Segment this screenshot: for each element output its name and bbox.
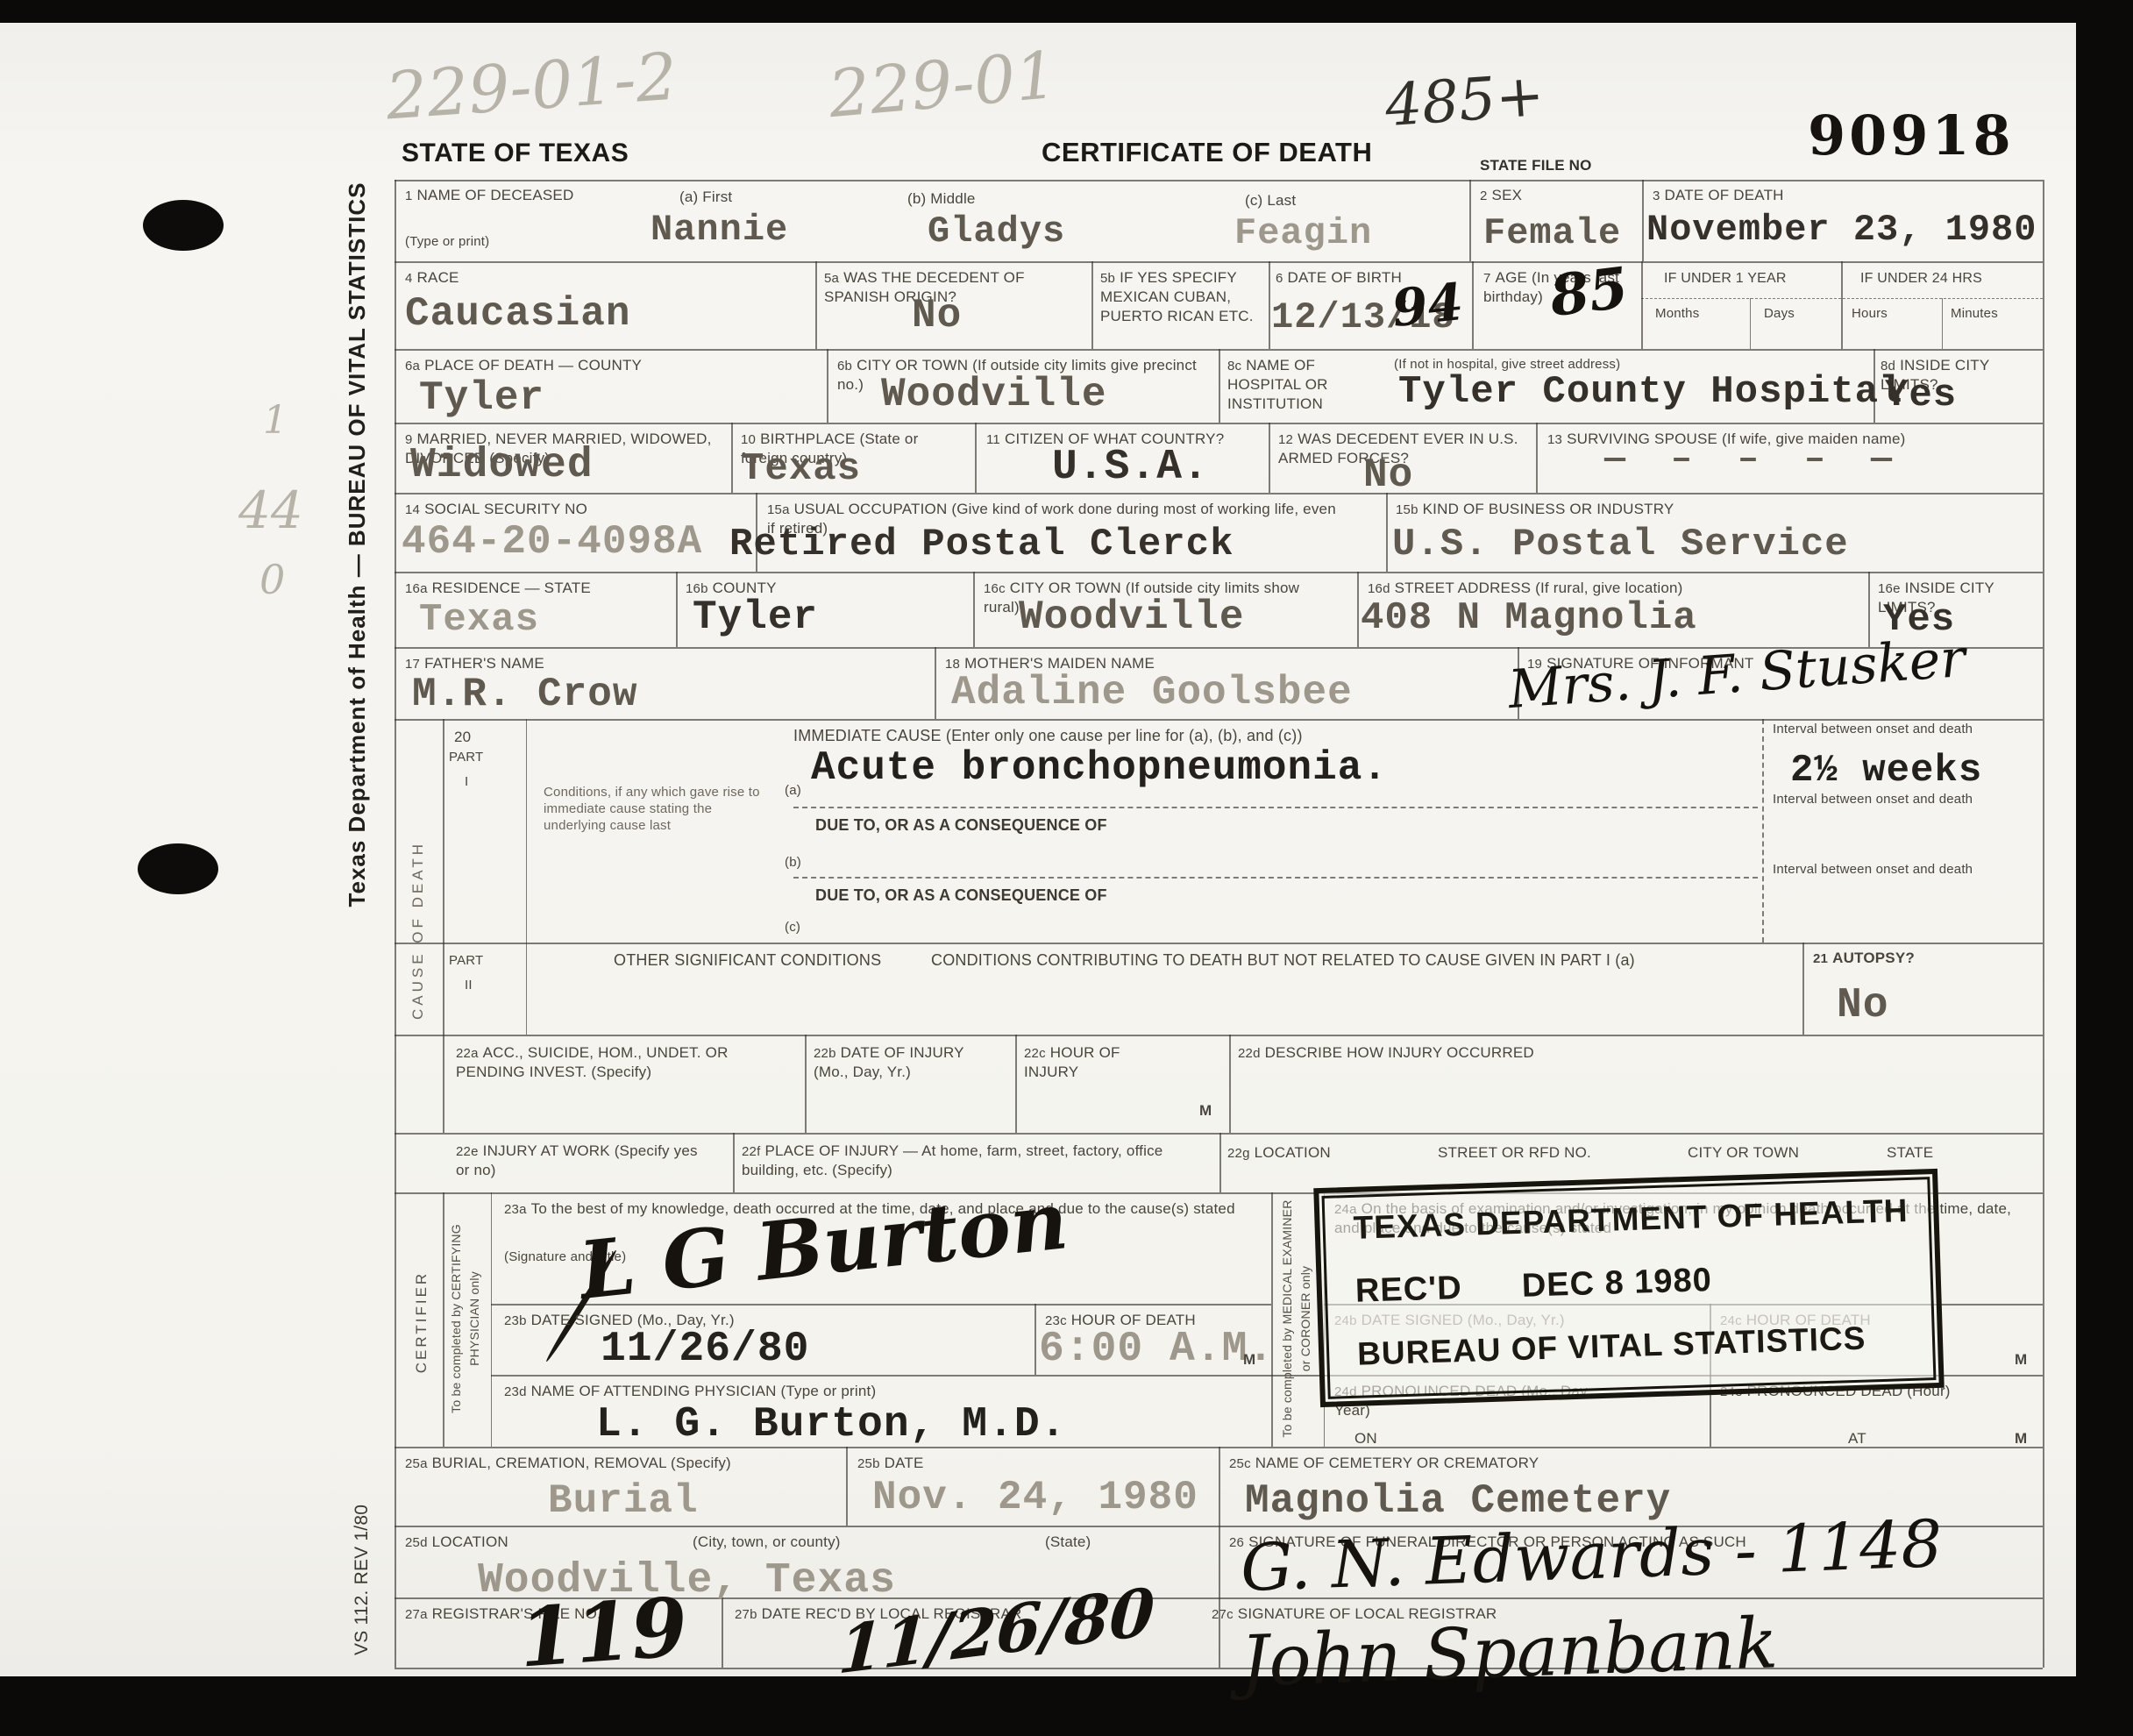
field-res-state-label: 16aRESIDENCE — STATE [405,579,591,598]
grid-line [395,572,2043,573]
physician-signature: L G Burton [575,1174,1072,1318]
certificate-paper: Texas Department of Health — BUREAU OF V… [0,23,2076,1676]
field-res-street-value: 408 N Magnolia [1361,596,1697,640]
grid-line [731,423,733,493]
injury-g-city-label: CITY OR TOWN [1688,1143,1799,1163]
grid-line [1269,423,1270,493]
injury-f-label: 22fPLACE OF INJURY — At home, farm, stre… [742,1142,1206,1180]
cause-letter-c: (c) [785,919,800,936]
grid-line [443,1192,444,1447]
injury-b-label: 22bDATE OF INJURY (Mo., Day, Yr.) [814,1043,1002,1082]
interval-label-b: Interval between onset and death [1773,791,2027,808]
c24d-on: ON [1354,1429,1377,1448]
field-res-county-value: Tyler [693,594,818,640]
cause-of-death-strip: CAUSE OF DEATH [409,742,428,1119]
informant-signature: Mrs. J. F. Stusker [1506,628,1967,721]
grid-line [1357,572,1359,647]
immediate-cause-label: IMMEDIATE CAUSE (Enter only one cause pe… [793,726,1303,746]
c23d-value: L. G. Burton, M.D. [596,1401,1066,1448]
field-age-written: 85 [1546,255,1632,330]
field-res-city-value: Woodville [1019,594,1244,640]
first-name-column-label: (a) First [679,188,732,207]
grid-line [1271,1192,1273,1447]
grid-line [1269,261,1270,349]
field-pod-city-value: Woodville [881,372,1106,417]
cause-part-label: PART [449,749,483,765]
interval-label-a: Interval between onset and death [1773,721,2027,737]
cause-letter-b: (b) [785,854,801,871]
grid-line [1641,261,1643,349]
field-industry-label: 15bKIND OF BUSINESS OR INDUSTRY [1396,500,1674,519]
injury-g-state-label: STATE [1887,1143,1933,1163]
minutes-label: Minutes [1951,305,1998,322]
grid-line [1035,1304,1036,1375]
pencil-file-note: 485+ [1383,61,1546,139]
field-sex-value: Female [1483,212,1621,254]
certificate-number: 90918 [1808,103,2015,167]
grid-line [935,647,936,719]
grid-line [1229,1035,1231,1133]
c23b-value: 11/26/80 [601,1326,809,1373]
field-industry-value: U.S. Postal Service [1392,523,1849,566]
middle-name-value: Gladys [928,210,1065,253]
field-sex-label: 2SEX [1480,186,1522,205]
field-birth-date-label: 6DATE OF BIRTH [1276,268,1402,288]
form-code-vertical: VS 112. REV 1/80 [351,1436,374,1655]
grid-line [1642,180,1644,261]
field-ssn-value: 464-20-4098A [402,519,702,565]
first-name-value: Nannie [651,209,788,251]
c24e-at: AT [1848,1429,1866,1448]
grid-line [395,423,2043,424]
contributing-label: CONDITIONS CONTRIBUTING TO DEATH BUT NOT… [931,950,1635,971]
grid-line [395,943,2043,944]
grid-line [1750,298,1751,349]
medical-examiner-strip: To be completed by MEDICAL EXAMINER or C… [1278,1196,1315,1441]
field-occupation-value: Retired Postal Clerck [729,523,1234,566]
grid-line [1942,298,1943,349]
location-label: 25dLOCATION [405,1533,508,1552]
under-24-hrs-label: IF UNDER 24 HRS [1860,270,1982,288]
field-pod-county-value: Tyler [419,375,544,421]
injury-c-label: 22cHOUR OF INJURY [1024,1043,1164,1082]
grid-line [975,423,977,493]
grid-line [1469,180,1471,261]
pencil-note-1: 229-01-2 [383,39,679,135]
grid-line [395,1035,2043,1036]
grid-line [443,719,444,1133]
field-res-street-label: 16dSTREET ADDRESS (If rural, give locati… [1368,579,1683,598]
c24e-meridiem: M [2015,1429,2027,1448]
field-ssn-label: 14SOCIAL SECURITY NO [405,500,587,519]
autopsy-value: No [1837,982,1889,1029]
grid-line [395,261,2043,263]
injury-e-label: 22eINJURY AT WORK (Specify yes or no) [456,1142,715,1180]
location-hint-city: (City, town, or county) [693,1533,841,1552]
interval-a-value: 2½ weeks [1790,749,1982,793]
grid-line [1762,719,1764,943]
field-spanish-spec-label: 5bIF YES SPECIFY MEXICAN CUBAN, PUERTO R… [1100,268,1262,325]
grid-line [1536,423,1538,493]
field-armed-forces-value: No [1363,452,1413,498]
grid-line [805,1035,807,1133]
grid-line [395,1133,2043,1135]
hours-label: Hours [1852,305,1888,322]
grid-line [1219,1133,1221,1192]
grid-line [722,1597,723,1668]
field-death-date-value: November 23, 1980 [1646,209,2037,251]
last-name-column-label: (c) Last [1245,191,1296,210]
grid-line [1802,943,1804,1035]
stamp-recd-label: REC'D [1354,1270,1462,1311]
grid-line [1219,1447,1220,1668]
field-race-label: 4RACE [405,268,459,288]
under-1-year-label: IF UNDER 1 YEAR [1664,270,1787,288]
burial-date-value: Nov. 24, 1980 [872,1475,1198,1520]
hole-punch-top [143,200,224,251]
cause-part-number: I [465,773,468,790]
registrar-signature: John Spanbank [1240,1602,1780,1702]
c23d-label: 23dNAME OF ATTENDING PHYSICIAN (Type or … [504,1382,876,1401]
burial-label: 25aBURIAL, CREMATION, REMOVAL (Specify) [405,1454,731,1473]
grid-line [1841,261,1843,349]
burial-date-label: 25bDATE [857,1454,924,1473]
location-hint-state: (State) [1045,1533,1091,1552]
certifying-physician-strip: To be completed by CERTIFYING PHYSICIAN … [447,1196,484,1441]
days-label: Days [1764,305,1795,322]
pencil-mark-3: 0 [260,556,285,603]
months-label: Months [1655,305,1699,322]
interval-label-c: Interval between onset and death [1773,861,2027,878]
field-birth-date-written: 94 [1390,272,1466,338]
field-race-value: Caucasian [405,291,630,337]
field-res-state-value: Texas [419,598,539,642]
stamp-date: DEC 8 1980 [1521,1262,1712,1306]
autopsy-label: 21AUTOPSY? [1813,949,1915,968]
injury-a-label: 22aACC., SUICIDE, HOM., UNDET. OR PENDIN… [456,1043,789,1082]
field-spanish-value: No [912,293,962,338]
c23c-value: 6:00 A.M. [1039,1326,1274,1373]
grid-line [1386,493,1388,572]
cause-line-a [793,807,1758,808]
c24c-meridiem: M [2015,1350,2027,1370]
field-pod-county-label: 6aPLACE OF DEATH — COUNTY [405,356,642,375]
grid-line [1015,1035,1017,1133]
grid-line [526,719,527,1035]
other-significant-label: OTHER SIGNIFICANT CONDITIONS [614,950,881,971]
cemetery-value: Magnolia Cemetery [1245,1478,1671,1524]
grid-line [846,1447,848,1526]
grid-line [395,180,2043,181]
field-name-label: 1NAME OF DECEASED [405,186,594,205]
grid-line [1472,261,1474,349]
field-pod-inside-value: Yes [1885,374,1957,417]
field-father-label: 17FATHER'S NAME [405,654,544,673]
part2-label: PART [449,952,483,969]
due-to-label-2: DUE TO, OR AS A CONSEQUENCE OF [815,886,1107,906]
grid-line [395,493,2043,494]
grid-line [733,1133,735,1192]
cause-letter-a: (a) [785,782,801,799]
field-death-date-label: 3DATE OF DEATH [1653,186,1784,205]
cause-conditions-note: Conditions, if any which gave rise to im… [544,784,776,835]
field-hospital-label: 8cNAME OF HOSPITAL OR INSTITUTION [1227,356,1390,413]
injury-g-street-label: STREET OR RFD NO. [1438,1143,1591,1163]
injury-g-label: 22gLOCATION [1227,1143,1331,1163]
field-birthplace-value: Texas [741,447,861,491]
field-mother-value: Adaline Goolsbee [951,670,1353,715]
injury-c-meridiem: M [1199,1101,1212,1121]
pencil-note-2: 229-01 [826,38,1060,132]
middle-name-column-label: (b) Middle [907,189,976,209]
form-left-border [395,180,396,1668]
form-right-border [2043,180,2044,1668]
grid-line [827,349,828,423]
due-to-label-1: DUE TO, OR AS A CONSEQUENCE OF [815,815,1107,836]
pencil-mark-1: 1 [263,398,288,443]
part2-number: II [465,977,473,993]
received-stamp: TEXAS DEPARTMENT OF HEALTH REC'D DEC 8 1… [1313,1169,1945,1407]
cemetery-label: 25cNAME OF CEMETERY OR CREMATORY [1229,1454,1539,1473]
stamp-line-3: BUREAU OF VITAL STATISTICS [1357,1320,1866,1373]
grid-line [1091,261,1093,349]
grid-line [815,261,817,349]
field-father-value: M.R. Crow [412,672,637,717]
field-hospital-value: Tyler County Hospital [1398,370,1903,414]
grid-line [973,572,975,647]
cause-line-b [793,877,1758,879]
last-name-value: Feagin [1234,212,1372,254]
certifier-strip: CERTIFIER [412,1208,431,1436]
agency-vertical-title: Texas Department of Health — BUREAU OF V… [344,137,371,952]
field-citizen-value: U.S.A. [1052,444,1209,491]
grid-line [676,572,678,647]
burial-value: Burial [548,1478,699,1524]
header-title: CERTIFICATE OF DEATH [1042,137,1372,168]
grid-line [491,1192,492,1447]
stamp-line-1: TEXAS DEPARTMENT OF HEALTH [1353,1192,1909,1247]
grid-line [1219,349,1220,423]
field-name-hint: (Type or print) [405,233,489,250]
c23c-meridiem: M [1243,1350,1255,1370]
state-file-no-label: STATE FILE NO [1480,156,1592,175]
field-spouse-value: — – – – — [1604,440,1904,480]
hole-punch-bottom [138,843,218,894]
cause-number: 20 [454,728,471,747]
header-state: STATE OF TEXAS [402,139,629,168]
registrar-file-value: 119 [515,1579,690,1685]
injury-d-label: 22dDESCRIBE HOW INJURY OCCURRED [1238,1043,1534,1063]
pencil-mark-2: 44 [238,480,303,540]
cause-a-value: Acute bronchopneumonia. [811,745,1388,791]
field-marital-value: Widowed [410,442,594,489]
